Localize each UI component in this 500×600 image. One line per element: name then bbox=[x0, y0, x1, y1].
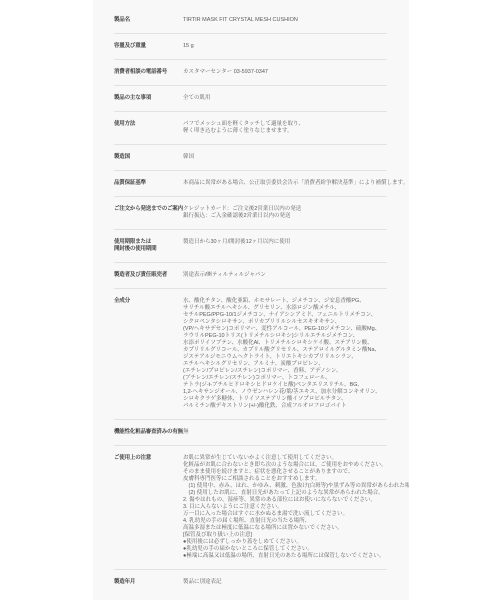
label-line: 使用方法 bbox=[114, 121, 183, 128]
table-row: ご注文から発送までのご案内 クレジットカード：ご注文後2営業日以内の発送銀行振込… bbox=[114, 197, 387, 230]
row-label: ご注文から発送までのご案内 bbox=[114, 206, 183, 213]
page: { "page": { "background": "#ffffff", "pa… bbox=[0, 0, 500, 600]
value-line: ジステアルジモニウムヘクトライト、トリエトキシカプリリルシラン、 bbox=[183, 354, 387, 361]
value-line: 無 bbox=[183, 429, 387, 436]
value-line: 水添ポリイソブテン、水酸化Al、トリメチルシロキシケイ酸、ステアリン酸、 bbox=[183, 340, 387, 347]
value-line: シクロペンタシロキサン、ポリカプリリルシルセスキオキサン、 bbox=[183, 319, 387, 326]
row-label: ご使用上の注意 bbox=[114, 455, 183, 462]
value-line: 1,2-ヘキサンジオール、ノウゼンハレン花/葉/茎エキス、加水分解コンキオリン、 bbox=[183, 389, 387, 396]
value-line: ラウリルPEG-10トリス(トリメチルシロキシ)シリルエチルジメチコン、 bbox=[183, 333, 387, 340]
value-line: エチルヘキシルグリセリン、アルミナ、炭酸プロピレン、 bbox=[183, 361, 387, 368]
label-line: 製品の主な事項 bbox=[114, 95, 183, 102]
row-label: 製造国 bbox=[114, 154, 183, 161]
label-line: 品質保証基準 bbox=[114, 180, 183, 187]
value-line: 別途表示/㈱ティルティルジャパン bbox=[183, 272, 387, 279]
value-line: テトラ(ジ-t-ブチルヒドロキシヒドロケイヒ酸)ペンタエリスリチル、BG、 bbox=[183, 382, 387, 389]
row-value: 全ての肌用 bbox=[183, 95, 387, 102]
value-line: [保管及び取り扱い上の注意] bbox=[183, 532, 387, 539]
value-line: 皮膚科専門医等にご相談されることをおすすめします。 bbox=[183, 476, 387, 483]
row-label: 全成分 bbox=[114, 298, 183, 305]
product-spec-panel: 製品名 TIRTIR MASK FIT CRYSTAL MESH CUSHION… bbox=[93, 0, 409, 600]
value-line: そのまま使用を続けますと、症状を悪化させることがありますので、 bbox=[183, 469, 387, 476]
label-line: 製品名 bbox=[114, 17, 183, 24]
row-label: 製品名 bbox=[114, 17, 183, 24]
row-label: 使用期限または開封後の使用期間 bbox=[114, 239, 183, 253]
table-row: 品質保証基準 本商品に異常がある場合、公正取引委員会告示「消費者紛争解決基準」に… bbox=[114, 171, 387, 197]
row-value: カスタマーセンター 03-5937-0347 bbox=[183, 69, 387, 76]
value-line: 軽く叩き込むように薄く塗りなじませます。 bbox=[183, 128, 387, 135]
value-line: 銀行振込：ご入金確認後2営業日以内の発送 bbox=[183, 213, 387, 220]
value-line: 水、酸化チタン、酸化亜鉛、ホモサレート、ジメチコン、ジ安息香酸PG、 bbox=[183, 298, 387, 305]
table-row: 製造国 韓国 bbox=[114, 145, 387, 171]
row-value: お肌に異常が生じていないかよく注意して使用してください。化粧品がお肌に合わないと… bbox=[183, 455, 387, 560]
table-row: 消費者相談の電話番号 カスタマーセンター 03-5937-0347 bbox=[114, 60, 387, 86]
label-line: 製造国 bbox=[114, 154, 183, 161]
table-row: 使用方法 パフでメッシュ面を軽くタッチして適量を取り、軽く叩き込むように薄く塗り… bbox=[114, 112, 387, 145]
row-label: 機能性化粧品審査済みの有無 bbox=[114, 429, 183, 436]
value-line: (1) 使用中、赤み、はれ、かゆみ、刺激、色抜け(白斑等)や黒ずみ等の異常があら… bbox=[183, 483, 387, 490]
value-line: 全ての肌用 bbox=[183, 95, 387, 102]
value-line: 製造日から30ヶ月/開封後12ヶ月以内に使用 bbox=[183, 239, 387, 246]
value-line: 韓国 bbox=[183, 154, 387, 161]
row-value: クレジットカード：ご注文後2営業日以内の発送銀行振込：ご入金確認後2営業日以内の… bbox=[183, 206, 387, 220]
value-line: 15 g bbox=[183, 43, 387, 50]
value-line: サリチル酸エチルヘキシル、グリセリン、水添ロジン酸メチル、 bbox=[183, 305, 387, 312]
row-value: パフでメッシュ面を軽くタッチして適量を取り、軽く叩き込むように薄く塗りなじませま… bbox=[183, 121, 387, 135]
label-line: 使用期限または bbox=[114, 239, 183, 246]
label-line: ご使用上の注意 bbox=[114, 455, 183, 462]
value-line: 2. 傷やはれもの、湿疹等、異常のある部位にはお使いにならないでください。 bbox=[183, 497, 387, 504]
value-line: 本商品に異常がある場合、公正取引委員会告示「消費者紛争解決基準」により補償します… bbox=[183, 180, 387, 187]
value-line: TIRTIR MASK FIT CRYSTAL MESH CUSHION bbox=[183, 17, 387, 24]
row-value: 製造日から30ヶ月/開封後12ヶ月以内に使用 bbox=[183, 239, 387, 246]
label-line: 開封後の使用期間 bbox=[114, 246, 183, 253]
value-line: パルミチン酸デキストリン(+/-)酸化鉄、合成フルオロフロゴパイト bbox=[183, 403, 387, 410]
value-line: 4. 乳幼児の手の届く場所、直射日光の当たる場所、 bbox=[183, 518, 387, 525]
spec-table: 製品名 TIRTIR MASK FIT CRYSTAL MESH CUSHION… bbox=[114, 8, 387, 595]
row-value: 本商品に異常がある場合、公正取引委員会告示「消費者紛争解決基準」により補償します… bbox=[183, 180, 387, 187]
value-line: (ブチレン/エチレン/スチレン)コポリマー、トコフェロール、 bbox=[183, 375, 387, 382]
value-line: ●使用後には必ずしっかり蓋をしめてください。 bbox=[183, 539, 387, 546]
row-label: 製品の主な事項 bbox=[114, 95, 183, 102]
row-value: 製品に別途表記 bbox=[183, 579, 387, 586]
row-label: 消費者相談の電話番号 bbox=[114, 69, 183, 76]
value-line: 3. 目に入らないようにご注意ください。 bbox=[183, 504, 387, 511]
row-value: 別途表示/㈱ティルティルジャパン bbox=[183, 272, 387, 279]
table-row: 製造年月 製品に別途表記 bbox=[114, 570, 387, 595]
value-line: (エチレン/プロピレン/スチレン)コポリマー、香料、アデノシン、 bbox=[183, 368, 387, 375]
label-line: ご注文から発送までのご案内 bbox=[114, 206, 183, 213]
value-line: シロキクラゲ多糖体、トリイソステアリン酸イソプロピルチタン、 bbox=[183, 396, 387, 403]
value-line: カプリリルグリコール、カプリル酸グリセリル、ステアロイルグルタミン酸Na、 bbox=[183, 347, 387, 354]
value-line: 高温多湿または極度に低温になる場所には置かないでください。 bbox=[183, 525, 387, 532]
row-value: 15 g bbox=[183, 43, 387, 50]
row-label: 使用方法 bbox=[114, 121, 183, 128]
value-line: 製品に別途表記 bbox=[183, 579, 387, 586]
label-line: 製造年月 bbox=[114, 579, 183, 586]
value-line: セチルPEG/PPG-10/1ジメチコン、ナイアシンアミド、フェニルトリメチコン… bbox=[183, 312, 387, 319]
row-label: 製造年月 bbox=[114, 579, 183, 586]
row-label: 製造者及び責任販売者 bbox=[114, 272, 183, 279]
row-label: 品質保証基準 bbox=[114, 180, 183, 187]
row-value: 無 bbox=[183, 429, 387, 436]
table-row: 製品の主な事項 全ての肌用 bbox=[114, 86, 387, 112]
table-row: 使用期限または開封後の使用期間 製造日から30ヶ月/開封後12ヶ月以内に使用 bbox=[114, 230, 387, 263]
label-line: 製造者及び責任販売者 bbox=[114, 272, 183, 279]
label-line: 消費者相談の電話番号 bbox=[114, 69, 183, 76]
value-line: 万一目に入った場合はすぐに水かぬるま湯で洗い流してください。 bbox=[183, 511, 387, 518]
row-value: 韓国 bbox=[183, 154, 387, 161]
value-line: (VP/ヘキサデセン)コポリマー、変性アルコール、PEG-10ジメチコン、硫酸M… bbox=[183, 326, 387, 333]
table-row: 製品名 TIRTIR MASK FIT CRYSTAL MESH CUSHION bbox=[114, 8, 387, 34]
value-line: ●乳幼児の手の届かないところに保管してください。 bbox=[183, 546, 387, 553]
value-line: ●極端に高温又は低温の場所、直射日光のあたる場所には保管しないでください。 bbox=[183, 553, 387, 560]
table-row: ご使用上の注意 お肌に異常が生じていないかよく注意して使用してください。化粧品が… bbox=[114, 446, 387, 570]
row-value: 水、酸化チタン、酸化亜鉛、ホモサレート、ジメチコン、ジ安息香酸PG、サリチル酸エ… bbox=[183, 298, 387, 410]
table-row: 全成分 水、酸化チタン、酸化亜鉛、ホモサレート、ジメチコン、ジ安息香酸PG、サリ… bbox=[114, 289, 387, 420]
table-row: 製造者及び責任販売者 別途表示/㈱ティルティルジャパン bbox=[114, 263, 387, 289]
value-line: クレジットカード：ご注文後2営業日以内の発送 bbox=[183, 206, 387, 213]
table-row: 容量及び重量 15 g bbox=[114, 34, 387, 60]
value-line: (2) 使用したお肌に、直射日光があたって上記のような異常があらわれた場合。 bbox=[183, 490, 387, 497]
label-line: 全成分 bbox=[114, 298, 183, 305]
row-label: 容量及び重量 bbox=[114, 43, 183, 50]
value-line: 化粧品がお肌に合わないとき即ち次のような場合には、ご使用をおやめください。 bbox=[183, 462, 387, 469]
value-line: カスタマーセンター 03-5937-0347 bbox=[183, 69, 387, 76]
row-value: TIRTIR MASK FIT CRYSTAL MESH CUSHION bbox=[183, 17, 387, 24]
value-line: パフでメッシュ面を軽くタッチして適量を取り、 bbox=[183, 121, 387, 128]
table-row: 機能性化粧品審査済みの有無 無 bbox=[114, 420, 387, 446]
label-line: 容量及び重量 bbox=[114, 43, 183, 50]
value-line: お肌に異常が生じていないかよく注意して使用してください。 bbox=[183, 455, 387, 462]
label-line: 機能性化粧品審査済みの有無 bbox=[114, 429, 183, 436]
